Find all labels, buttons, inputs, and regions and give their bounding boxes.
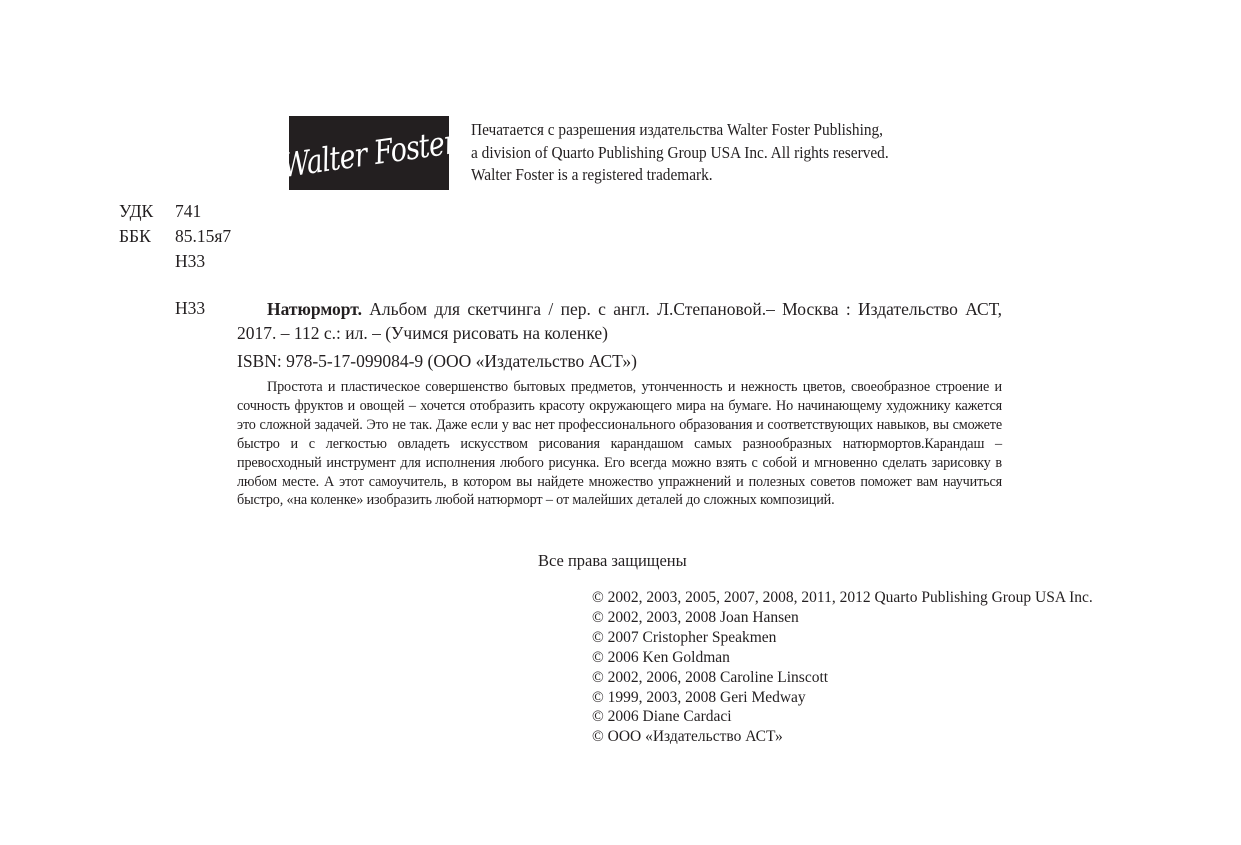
permission-notice: Печатается с разрешения издательства Wal… — [471, 119, 889, 187]
classification-block: УДК741 ББК85.15я7 Н33 — [119, 199, 231, 274]
permission-line: Walter Foster is a registered trademark. — [471, 164, 889, 187]
cutter-value: Н33 — [175, 251, 205, 271]
copyright-line: © 2006 Diane Cardaci — [592, 707, 1093, 727]
udk-label: УДК — [119, 199, 175, 224]
isbn: ISBN: 978-5-17-099084-9 (ООО «Издательст… — [237, 351, 637, 372]
bbk-row: ББК85.15я7 — [119, 224, 231, 249]
permission-line: a division of Quarto Publishing Group US… — [471, 142, 889, 165]
udk-value: 741 — [175, 201, 201, 221]
annotation: Простота и пластическое совершенство быт… — [237, 378, 1002, 510]
copyright-line: © 2002, 2003, 2005, 2007, 2008, 2011, 20… — [592, 588, 1093, 608]
copyright-line: © 2007 Cristopher Speakmen — [592, 628, 1093, 648]
walter-foster-logo: Walter Foster — [289, 116, 449, 190]
copyright-line: © 2002, 2006, 2008 Caroline Linscott — [592, 668, 1093, 688]
udk-row: УДК741 — [119, 199, 231, 224]
copyright-line: © 2006 Ken Goldman — [592, 648, 1093, 668]
copyright-line: © 2002, 2003, 2008 Joan Hansen — [592, 608, 1093, 628]
bbk-value: 85.15я7 — [175, 226, 231, 246]
bibliographic-description: Натюрморт. Альбом для скетчинга / пер. с… — [237, 297, 1002, 345]
bbk-label: ББК — [119, 224, 175, 249]
copyright-line: © 1999, 2003, 2008 Geri Medway — [592, 688, 1093, 708]
copyright-line: © ООО «Издательство АСТ» — [592, 727, 1093, 747]
cutter-row: Н33 — [119, 249, 231, 274]
permission-line: Печатается с разрешения издательства Wal… — [471, 119, 889, 142]
logo-text: Walter Foster — [289, 124, 449, 181]
bibliographic-cutter: Н33 — [175, 298, 205, 319]
copyright-list: © 2002, 2003, 2005, 2007, 2008, 2011, 20… — [592, 588, 1093, 747]
rights-reserved: Все права защищены — [538, 551, 687, 571]
book-title: Натюрморт. — [267, 299, 362, 319]
